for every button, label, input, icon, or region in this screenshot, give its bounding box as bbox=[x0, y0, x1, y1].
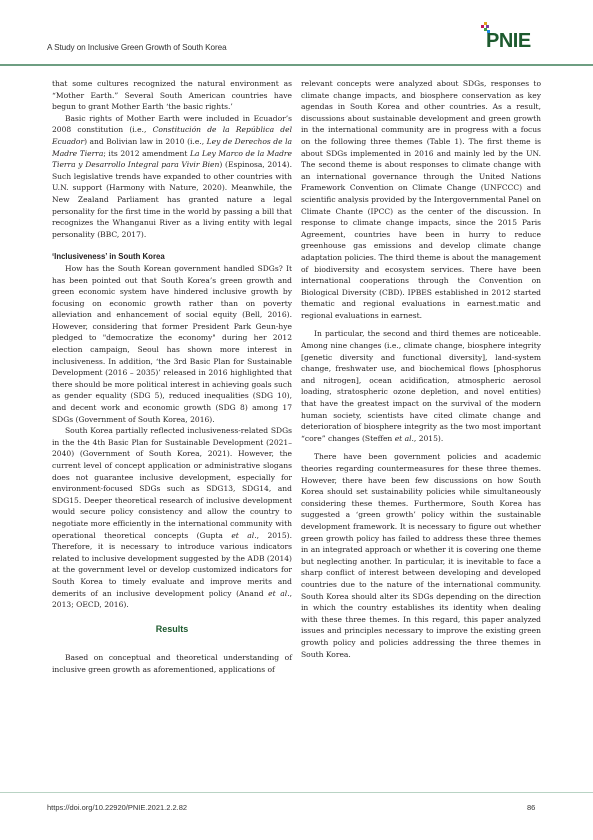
paragraph: relevant concepts were analyzed about SD… bbox=[301, 78, 541, 321]
paragraph: How has the South Korean government hand… bbox=[52, 263, 292, 425]
footer-divider bbox=[0, 792, 593, 793]
paragraph: that some cultures recognized the natura… bbox=[52, 78, 292, 113]
doi-link[interactable]: https://doi.org/10.22920/PNIE.2021.2.2.8… bbox=[47, 803, 187, 812]
header-divider bbox=[0, 64, 593, 66]
paragraph: South Korea partially reflected inclusiv… bbox=[52, 425, 292, 611]
logo-text: PNIE bbox=[486, 30, 531, 52]
results-heading: Results bbox=[52, 624, 292, 636]
page-number: 86 bbox=[527, 803, 535, 812]
right-column: relevant concepts were analyzed about SD… bbox=[301, 78, 541, 660]
left-column: that some cultures recognized the natura… bbox=[52, 78, 292, 676]
paragraph: Basic rights of Mother Earth were includ… bbox=[52, 113, 292, 241]
page-header: A Study on Inclusive Green Growth of Sou… bbox=[0, 0, 593, 66]
journal-logo: PNIE bbox=[486, 30, 531, 53]
running-title: A Study on Inclusive Green Growth of Sou… bbox=[47, 43, 227, 52]
paragraph: Based on conceptual and theoretical unde… bbox=[52, 652, 292, 675]
section-heading: ‘Inclusiveness’ in South Korea bbox=[52, 251, 292, 263]
paragraph: There have been government policies and … bbox=[301, 451, 541, 660]
logo-leaf-icon bbox=[481, 22, 491, 34]
paragraph: In particular, the second and third them… bbox=[301, 328, 541, 444]
